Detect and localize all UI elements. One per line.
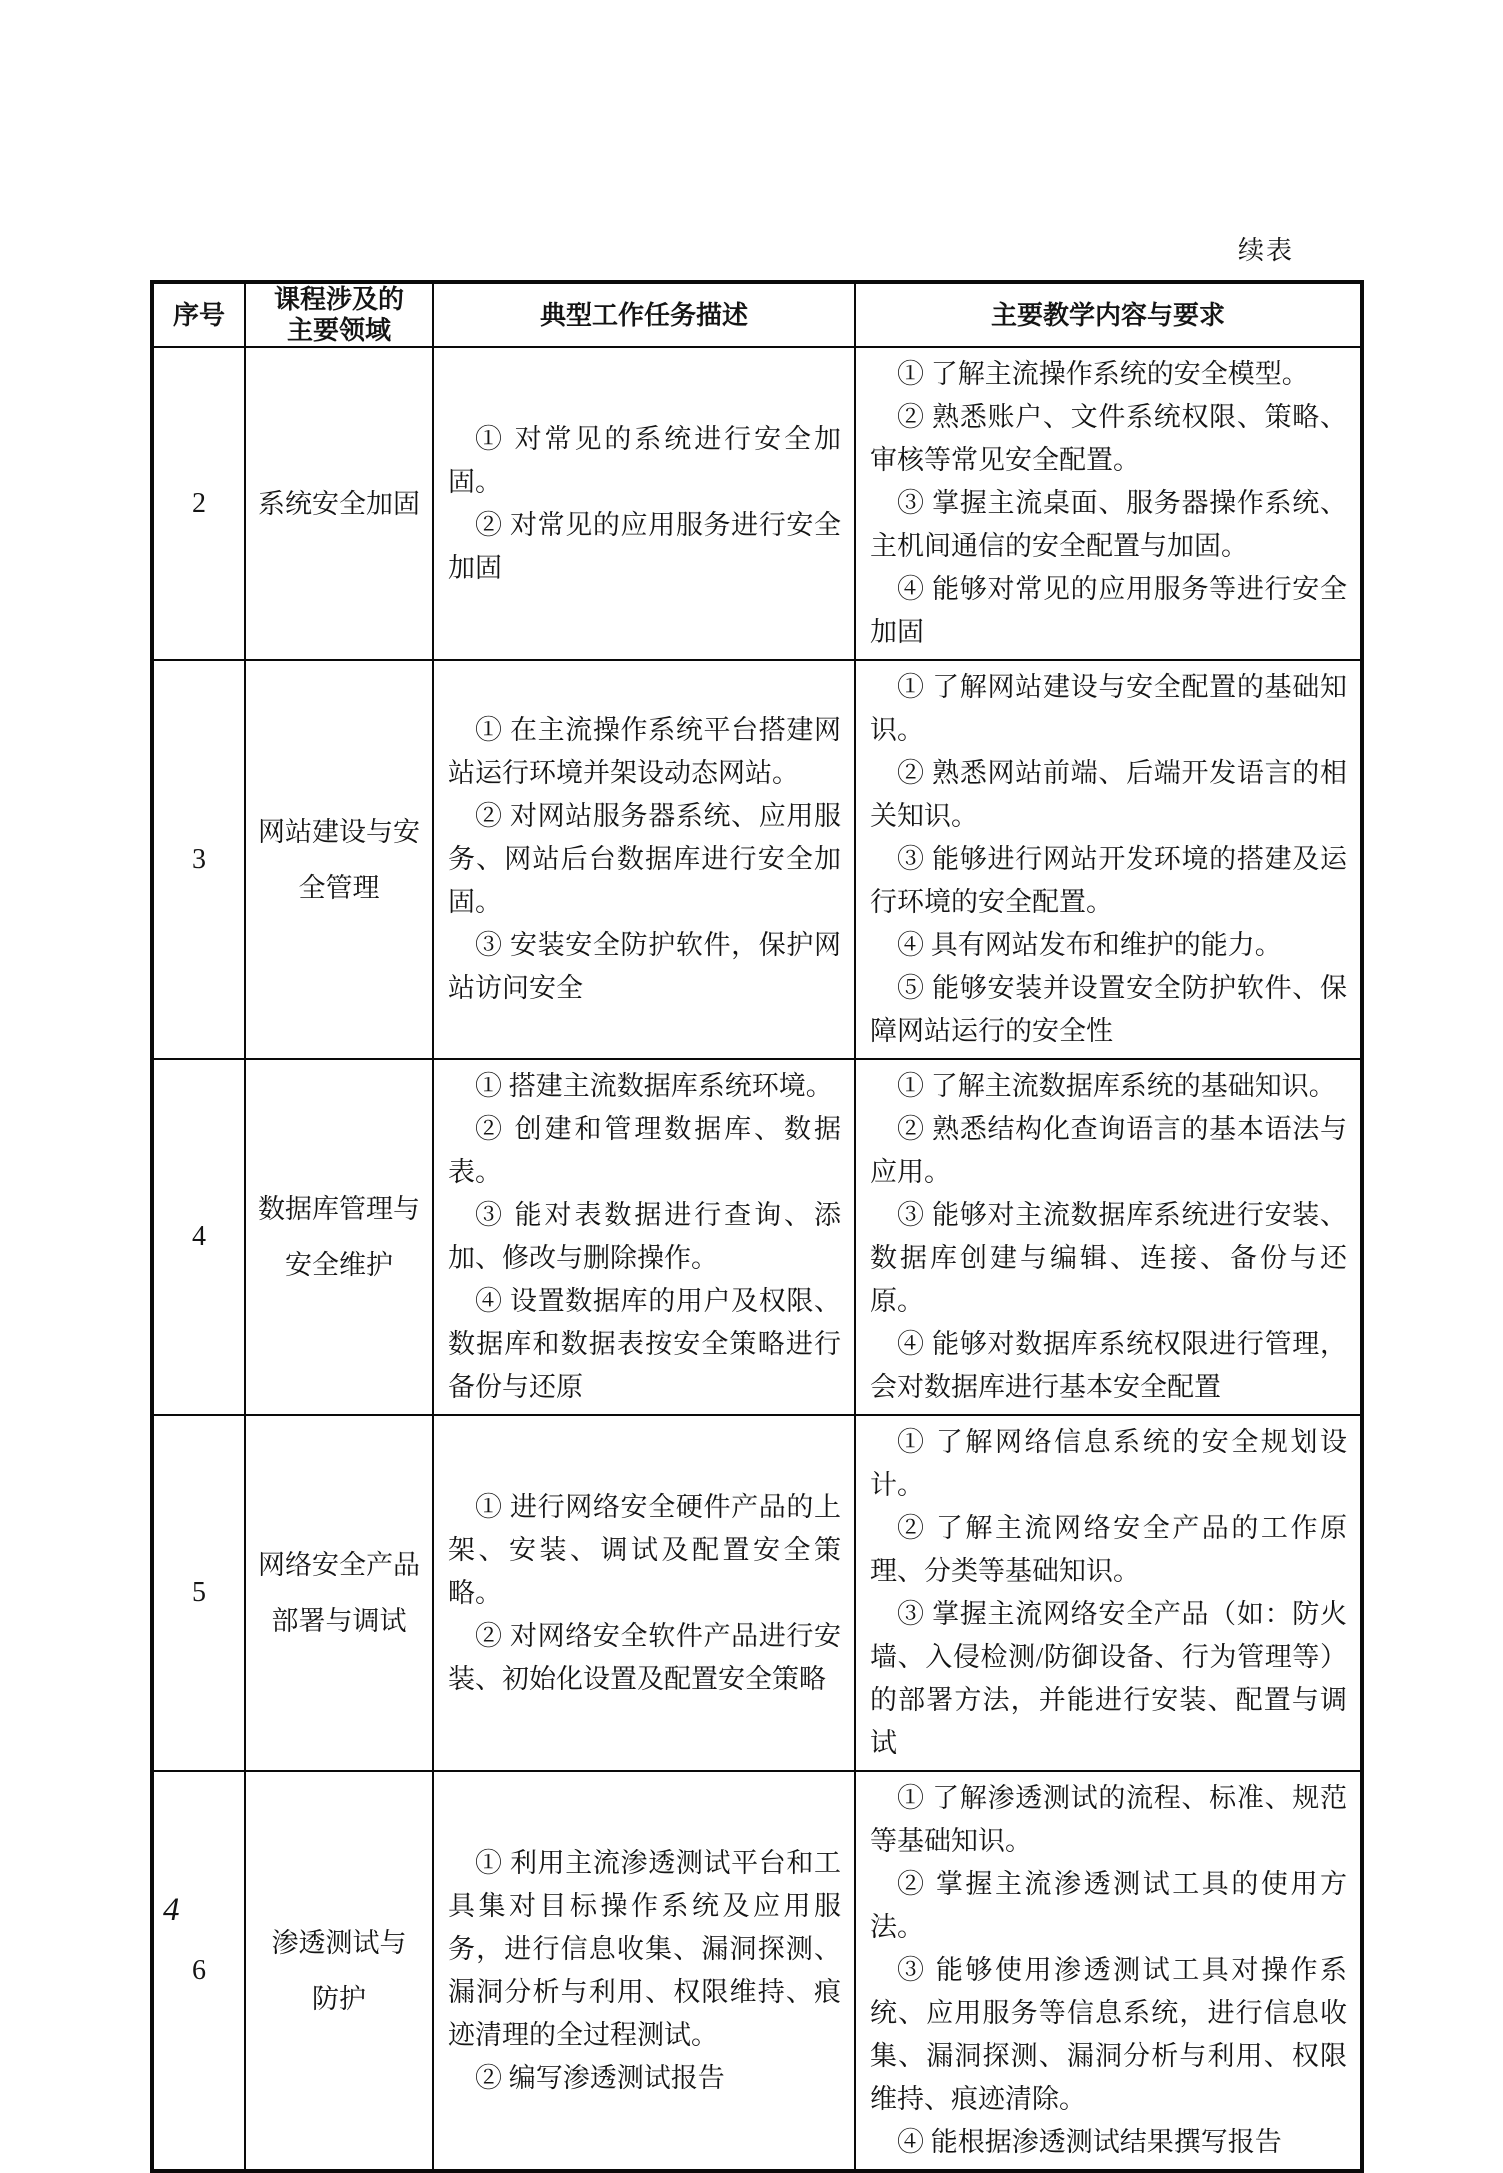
cell-paragraph: ① 了解主流操作系统的安全模型。 — [870, 353, 1347, 396]
table-row: 4 数据库管理与 安全维护 ① 搭建主流数据库系统环境。② 创建和管理数据库、数… — [152, 1059, 1362, 1415]
cell-paragraph: ④ 具有网站发布和维护的能力。 — [870, 924, 1347, 967]
row-number: 5 — [152, 1415, 245, 1771]
row-tasks-cell: ① 利用主流渗透测试平台和工具集对目标操作系统及应用服务，进行信息收集、漏洞探测… — [433, 1771, 855, 2171]
header-course-area: 课程涉及的 主要领域 — [245, 282, 433, 347]
cell-paragraph: ③ 能够进行网站开发环境的搭建及运行环境的安全配置。 — [870, 838, 1347, 924]
row-contents-cell: ① 了解主流数据库系统的基础知识。② 熟悉结构化查询语言的基本语法与应用。③ 能… — [855, 1059, 1362, 1415]
page-number: 4 — [163, 1890, 180, 1930]
row-number: 2 — [152, 347, 245, 660]
cell-paragraph: ② 了解主流网络安全产品的工作原理、分类等基础知识。 — [870, 1507, 1347, 1593]
row-number: 6 — [152, 1771, 245, 2171]
document-page: 续表 序号 课程涉及的 主要领域 典型工作任务描述 主要教学内容与要求 2 系统… — [0, 0, 1503, 2094]
row-number: 3 — [152, 660, 245, 1059]
row-course-area: 系统安全加固 — [245, 347, 433, 660]
cell-paragraph: ② 掌握主流渗透测试工具的使用方法。 — [870, 1863, 1347, 1949]
cell-paragraph: ④ 设置数据库的用户及权限、数据库和数据表按安全策略进行备份与还原 — [448, 1280, 841, 1409]
table-row: 5 网络安全产品 部署与调试 ① 进行网络安全硬件产品的上架、安装、调试及配置安… — [152, 1415, 1362, 1771]
cell-paragraph: ① 了解主流数据库系统的基础知识。 — [870, 1065, 1347, 1108]
cell-paragraph: ① 了解网站建设与安全配置的基础知识。 — [870, 666, 1347, 752]
cell-paragraph: ③ 能对表数据进行查询、添加、修改与删除操作。 — [448, 1194, 841, 1280]
cell-paragraph: ① 了解网络信息系统的安全规划设计。 — [870, 1421, 1347, 1507]
cell-paragraph: ③ 能够对主流数据库系统进行安装、数据库创建与编辑、连接、备份与还原。 — [870, 1194, 1347, 1323]
table-row: 3 网站建设与安 全管理 ① 在主流操作系统平台搭建网站运行环境并架设动态网站。… — [152, 660, 1362, 1059]
row-tasks-cell: ① 对常见的系统进行安全加固。② 对常见的应用服务进行安全加固 — [433, 347, 855, 660]
row-tasks-cell: ① 在主流操作系统平台搭建网站运行环境并架设动态网站。② 对网站服务器系统、应用… — [433, 660, 855, 1059]
header-seq: 序号 — [152, 282, 245, 347]
row-number: 4 — [152, 1059, 245, 1415]
cell-paragraph: ② 熟悉网站前端、后端开发语言的相关知识。 — [870, 752, 1347, 838]
cell-paragraph: ② 熟悉结构化查询语言的基本语法与应用。 — [870, 1108, 1347, 1194]
continued-table-label: 续表 — [150, 236, 1360, 266]
cell-paragraph: ① 搭建主流数据库系统环境。 — [448, 1065, 841, 1108]
cell-paragraph: ③ 能够使用渗透测试工具对操作系统、应用服务等信息系统，进行信息收集、漏洞探测、… — [870, 1949, 1347, 2121]
cell-paragraph: ④ 能够对数据库系统权限进行管理，会对数据库进行基本安全配置 — [870, 1323, 1347, 1409]
row-course-area: 网站建设与安 全管理 — [245, 660, 433, 1059]
row-course-area: 渗透测试与 防护 — [245, 1771, 433, 2171]
cell-paragraph: ② 对网络安全软件产品进行安装、初始化设置及配置安全策略 — [448, 1615, 841, 1701]
row-tasks-cell: ① 搭建主流数据库系统环境。② 创建和管理数据库、数据表。③ 能对表数据进行查询… — [433, 1059, 855, 1415]
header-typical-tasks: 典型工作任务描述 — [433, 282, 855, 347]
cell-paragraph: ③ 掌握主流桌面、服务器操作系统、主机间通信的安全配置与加固。 — [870, 482, 1347, 568]
cell-paragraph: ② 创建和管理数据库、数据表。 — [448, 1108, 841, 1194]
row-course-area: 网络安全产品 部署与调试 — [245, 1415, 433, 1771]
row-contents-cell: ① 了解网站建设与安全配置的基础知识。② 熟悉网站前端、后端开发语言的相关知识。… — [855, 660, 1362, 1059]
cell-paragraph: ⑤ 能够安装并设置安全防护软件、保障网站运行的安全性 — [870, 967, 1347, 1053]
cell-paragraph: ① 对常见的系统进行安全加固。 — [448, 418, 841, 504]
course-content-table: 序号 课程涉及的 主要领域 典型工作任务描述 主要教学内容与要求 2 系统安全加… — [150, 280, 1364, 2173]
cell-paragraph: ② 熟悉账户、文件系统权限、策略、审核等常见安全配置。 — [870, 396, 1347, 482]
cell-paragraph: ② 对常见的应用服务进行安全加固 — [448, 504, 841, 590]
header-teaching-contents: 主要教学内容与要求 — [855, 282, 1362, 347]
table-row: 6 渗透测试与 防护 ① 利用主流渗透测试平台和工具集对目标操作系统及应用服务，… — [152, 1771, 1362, 2171]
cell-paragraph: ② 对网站服务器系统、应用服务、网站后台数据库进行安全加固。 — [448, 795, 841, 924]
cell-paragraph: ③ 安装安全防护软件，保护网站访问安全 — [448, 924, 841, 1010]
cell-paragraph: ④ 能根据渗透测试结果撰写报告 — [870, 2121, 1347, 2164]
row-tasks-cell: ① 进行网络安全硬件产品的上架、安装、调试及配置安全策略。② 对网络安全软件产品… — [433, 1415, 855, 1771]
cell-paragraph: ③ 掌握主流网络安全产品（如：防火墙、入侵检测/防御设备、行为管理等）的部署方法… — [870, 1593, 1347, 1765]
cell-paragraph: ② 编写渗透测试报告 — [448, 2057, 841, 2100]
row-contents-cell: ① 了解主流操作系统的安全模型。② 熟悉账户、文件系统权限、策略、审核等常见安全… — [855, 347, 1362, 660]
row-course-area: 数据库管理与 安全维护 — [245, 1059, 433, 1415]
table-row: 2 系统安全加固 ① 对常见的系统进行安全加固。② 对常见的应用服务进行安全加固… — [152, 347, 1362, 660]
row-contents-cell: ① 了解网络信息系统的安全规划设计。② 了解主流网络安全产品的工作原理、分类等基… — [855, 1415, 1362, 1771]
cell-paragraph: ④ 能够对常见的应用服务等进行安全加固 — [870, 568, 1347, 654]
table-header-row: 序号 课程涉及的 主要领域 典型工作任务描述 主要教学内容与要求 — [152, 282, 1362, 347]
cell-paragraph: ① 利用主流渗透测试平台和工具集对目标操作系统及应用服务，进行信息收集、漏洞探测… — [448, 1842, 841, 2057]
cell-paragraph: ① 了解渗透测试的流程、标准、规范等基础知识。 — [870, 1777, 1347, 1863]
cell-paragraph: ① 在主流操作系统平台搭建网站运行环境并架设动态网站。 — [448, 709, 841, 795]
row-contents-cell: ① 了解渗透测试的流程、标准、规范等基础知识。② 掌握主流渗透测试工具的使用方法… — [855, 1771, 1362, 2171]
cell-paragraph: ① 进行网络安全硬件产品的上架、安装、调试及配置安全策略。 — [448, 1486, 841, 1615]
